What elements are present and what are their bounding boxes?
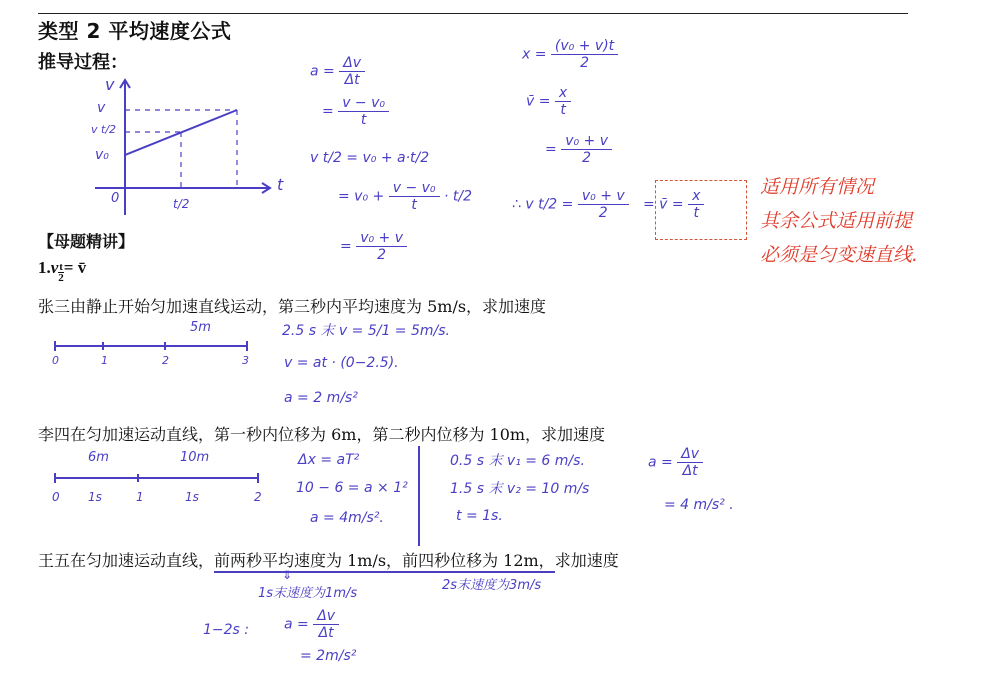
problem-1-text: 张三由静止开始匀加速直线运动，第三秒内平均速度为 5m/s，求加速度 [38, 294, 546, 317]
note-2: 2s末速度为3m/s [442, 574, 541, 593]
deriv1-line1: a = ΔvΔt [310, 55, 365, 88]
problem-1-timeline: 5m 0 1 2 3 [50, 320, 260, 370]
divider-line [418, 446, 420, 546]
y-tick-v0: v₀ [95, 147, 109, 163]
underline-2: 前四秒位移为 12m， [402, 551, 555, 573]
segment-label-6m: 6m [88, 450, 109, 465]
problem-2-sol-a1: Δx = aT² [298, 452, 359, 468]
tick-2: 2 [162, 354, 169, 367]
deriv1-line3: v t/2 = v₀ + a·t/2 [310, 150, 429, 166]
tick-1s-b: 1s [185, 490, 199, 504]
segment-label: 5m [190, 320, 211, 335]
tick-0: 0 [52, 490, 60, 504]
section-title: 类型 2 平均速度公式 [38, 15, 231, 44]
tick-1: 1 [136, 490, 144, 504]
y-tick-vmid: v t/2 [91, 123, 116, 136]
problem-3-sol-1: a = ΔvΔt [284, 608, 339, 641]
problem-1-sol-1: 2.5 s 末 v = 5/1 = 5m/s. [282, 320, 450, 340]
problem-2-text: 李四在匀加速运动直线，第一秒内位移为 6m，第二秒内位移为 10m，求加速度 [38, 422, 605, 445]
underline-1: 前两秒平均速度为 1m/s， [214, 551, 402, 573]
problem-3-sol-2: = 2m/s² [300, 648, 356, 664]
y-axis-label: v [105, 75, 114, 94]
problem-2-timeline: 6m 10m 0 1s 1 1s 2 [50, 450, 270, 510]
segment-label-10m: 10m [180, 450, 209, 465]
deriv1-line5: = v₀ + v2 [340, 230, 407, 263]
derivation-label: 推导过程： [38, 48, 128, 74]
deriv2-line4: ∴ v t/2 = v₀ + v2 [512, 188, 629, 221]
x-tick-half-t: t/2 [173, 197, 189, 211]
tick-0: 0 [52, 354, 59, 367]
top-rule [38, 13, 908, 14]
problem-2-sol-a2: 10 − 6 = a × 1² [296, 480, 408, 496]
deriv2-line1: x = (v₀ + v)t2 [522, 38, 618, 71]
tick-1: 1 [101, 354, 108, 367]
note-1: 1s末速度为1m/s [258, 582, 357, 601]
annotation-line3: 必须是匀变速直线. [760, 240, 918, 267]
y-tick-v: v [97, 100, 105, 116]
origin-label: 0 [111, 191, 119, 206]
problem-1-sol-3: a = 2 m/s² [284, 390, 358, 406]
problem-2-sol-b2: 1.5 s 末 v₂ = 10 m/s [450, 478, 589, 498]
deriv2-line2: v̄ = xt [526, 85, 571, 118]
problem-2-sol-a3: a = 4m/s². [310, 510, 384, 526]
problem-3-range: 1−2s : [203, 622, 249, 638]
annotation-line1: 适用所有情况 [760, 172, 874, 199]
section-label: 【母题精讲】 [38, 229, 134, 252]
boxed-formula: = v̄ = xt [643, 188, 704, 221]
tick-3: 3 [242, 354, 249, 367]
tick-1s-a: 1s [88, 490, 102, 504]
tick-2: 2 [254, 490, 262, 504]
problem-1-sol-2: v = at · (0−2.5). [284, 355, 399, 371]
item-1-heading: 1.vt2= v̄ [38, 258, 86, 283]
problem-2-sol-b3: t = 1s. [456, 508, 503, 524]
problem-3-text: 王五在匀加速运动直线，前两秒平均速度为 1m/s，前四秒位移为 12m，求加速度 [38, 548, 619, 571]
deriv2-line3: = v₀ + v2 [545, 133, 612, 166]
down-arrow-icon: ⇓ [282, 568, 292, 582]
x-axis-label: t [277, 175, 283, 194]
problem-2-sol-c1: a = ΔvΔt [648, 446, 703, 479]
problem-2-sol-c2: = 4 m/s² . [664, 497, 734, 513]
annotation-line2: 其余公式适用前提 [760, 206, 912, 233]
vt-graph: v t 0 v v t/2 v₀ t/2 [85, 75, 285, 225]
problem-2-sol-b1: 0.5 s 末 v₁ = 6 m/s. [450, 450, 585, 470]
deriv1-line4: = v₀ + v − v₀t · t/2 [338, 180, 472, 213]
deriv1-line2: = v − v₀t [322, 95, 389, 128]
